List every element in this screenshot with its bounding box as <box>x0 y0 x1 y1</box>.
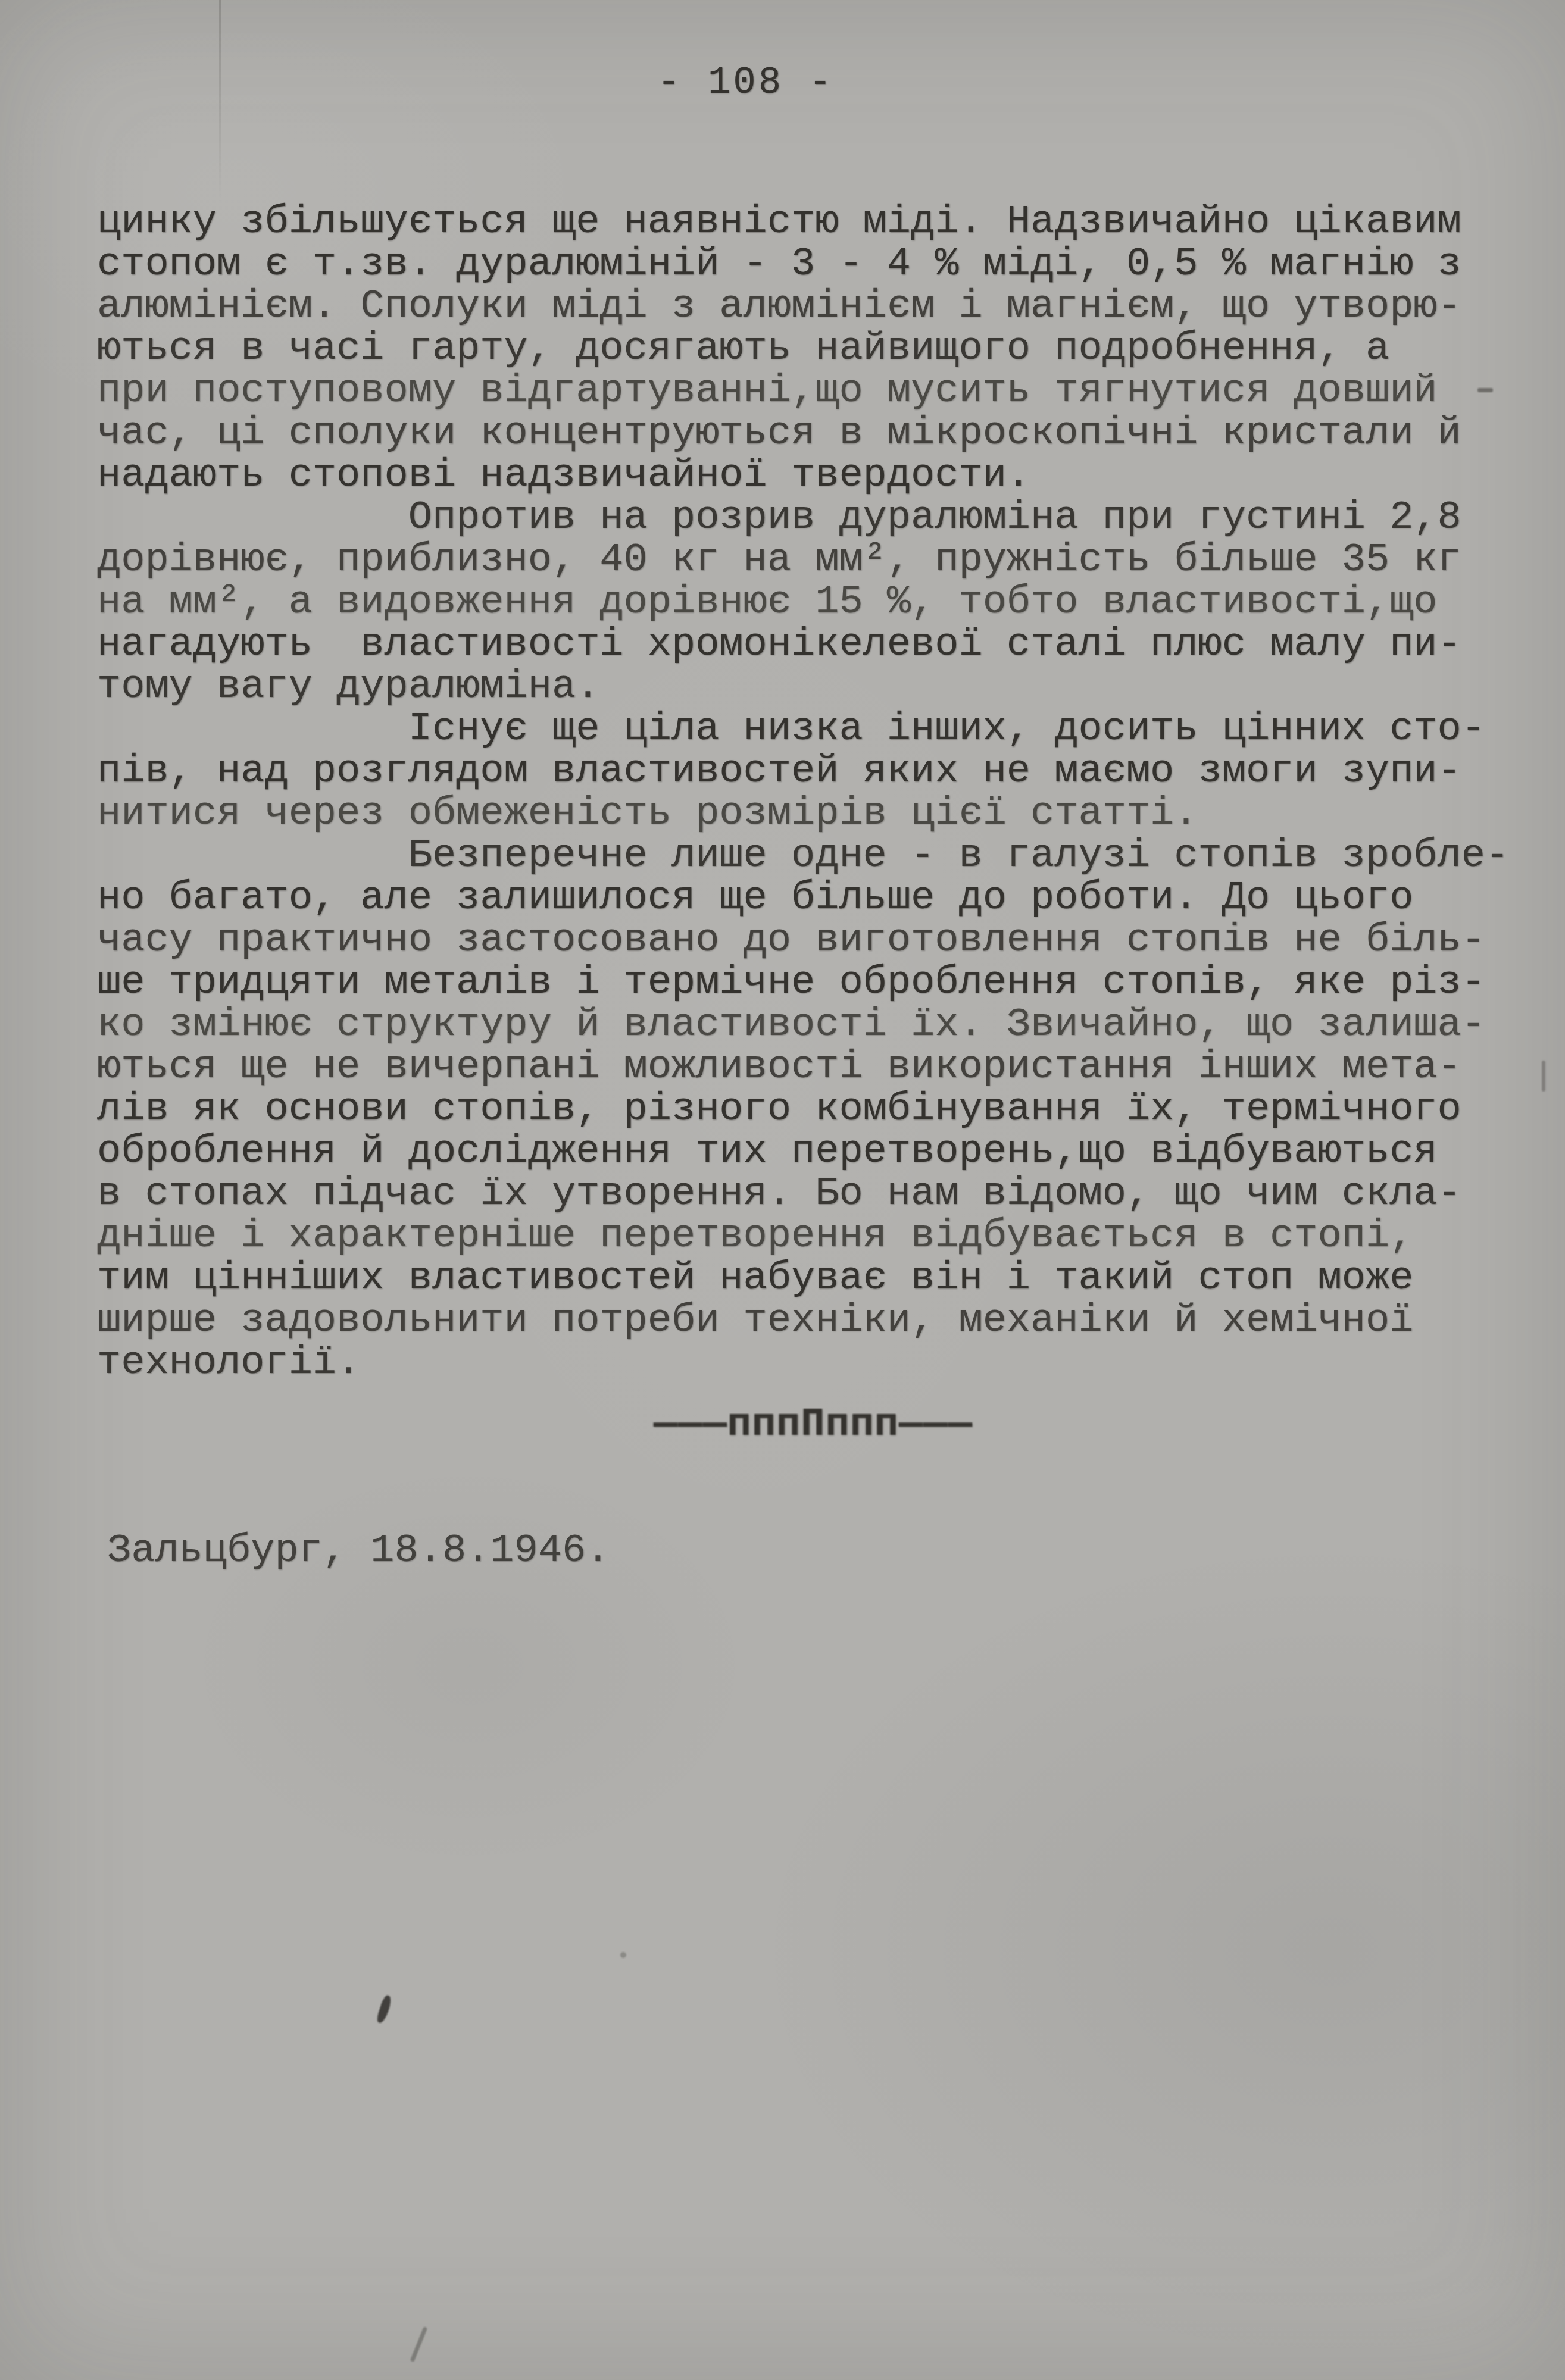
scan-speckle <box>620 1952 626 1958</box>
dateline: Зальцбург, 18.8.1946. <box>107 1528 610 1574</box>
text-line: ширше задовольнити потреби техніки, меха… <box>97 1300 1538 1342</box>
section-divider: ———пппПппп——— <box>654 1402 973 1447</box>
text-line: стопом є т.зв. дуралюміній - 3 - 4 % мід… <box>97 243 1538 286</box>
text-line: ються в часі гарту, досягають найвищого … <box>97 328 1538 370</box>
text-line: алюмінієм. Сполуки міді з алюмінієм і ма… <box>97 286 1538 328</box>
text-line: технології. <box>97 1342 1538 1384</box>
text-line: оброблення й дослідження тих перетворень… <box>97 1131 1538 1173</box>
text-line: но багато, але залишилося ще більше до р… <box>97 877 1538 920</box>
text-line: дорівнює, приблизно, 40 кг на мм², пружн… <box>97 539 1538 581</box>
text-line: на мм², а видовження дорівнює 15 %, тобт… <box>97 581 1538 624</box>
text-line: в стопах підчас їх утворення. Бо нам від… <box>97 1173 1538 1215</box>
text-line: дніше і характерніше перетворення відбув… <box>97 1215 1538 1258</box>
text-line: Опротив на розрив дуралюміна при густині… <box>97 497 1538 539</box>
text-line: ко змінює структуру й властивості їх. Зв… <box>97 1004 1538 1046</box>
scan-speckle <box>1477 388 1493 392</box>
text-line: цинку збільшується ще наявністю міді. На… <box>97 201 1538 243</box>
text-line: при поступовому відгартуванні,що мусить … <box>97 370 1538 412</box>
text-line: нитися через обмеженість розмірів цієї с… <box>97 793 1538 835</box>
text-line: пів, над розглядом властивостей яких не … <box>97 750 1538 793</box>
text-line: тим цінніших властивостей набуває він і … <box>97 1258 1538 1300</box>
text-line: час, ці сполуки концентруються в мікроск… <box>97 412 1538 455</box>
text-line: Існує ще ціла низка інших, досить цінних… <box>97 708 1538 750</box>
text-line: ше тридцяти металів і термічне обробленн… <box>97 962 1538 1004</box>
scan-speckle <box>1542 1061 1545 1092</box>
page-number: - 108 - <box>0 62 1528 105</box>
text-line: лів як основи стопів, різного комбінуван… <box>97 1089 1538 1131</box>
text-line: Безперечне лише одне - в галузі стопів з… <box>97 835 1538 877</box>
scan-speckle <box>410 2326 428 2362</box>
text-line: ються ще не вичерпані можливості викорис… <box>97 1046 1538 1089</box>
scanned-page: - 108 - цинку збільшується ще наявністю … <box>0 0 1565 2380</box>
text-line: нагадують властивості хромонікелевої ста… <box>97 624 1538 666</box>
text-line: часу практично застосовано до виготовлен… <box>97 920 1538 962</box>
text-line: надають стопові надзвичайної твердости. <box>97 455 1538 497</box>
text-line: тому вагу дуралюміна. <box>97 666 1538 708</box>
scan-speckle <box>376 1994 393 2024</box>
document-body: цинку збільшується ще наявністю міді. На… <box>97 201 1538 1384</box>
